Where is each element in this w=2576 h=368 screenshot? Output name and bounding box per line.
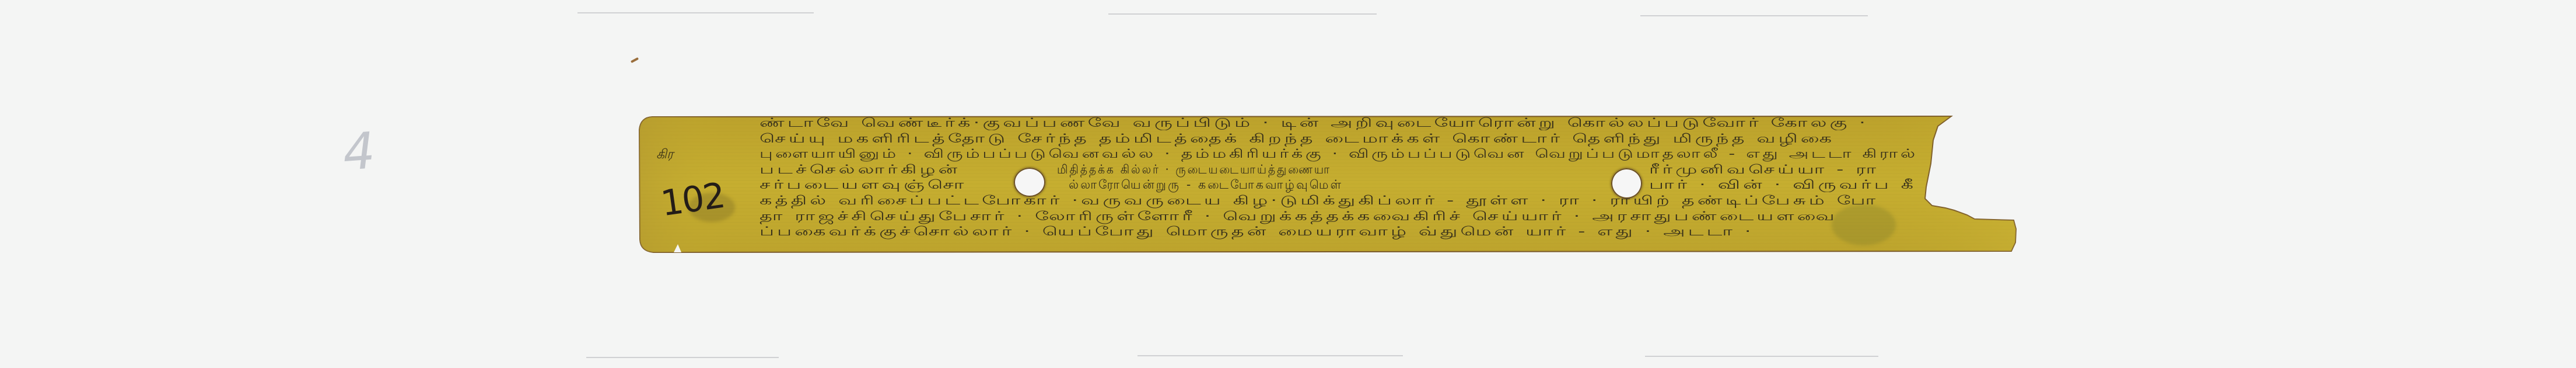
text-line-6: கத்தில் வரிசைப்பட்டபோகார் ·வருவருடைய கிழ…: [759, 193, 1926, 209]
folio-tamil-label: கிர: [656, 147, 673, 164]
text-line-2: செய்யு மகளிரிடத்தோடு சேர்ந்த தம்மிடத்தைக…: [759, 131, 1926, 147]
text-segment: மிதித்தக்க கில்லர் · ருடையடையாய்த்துணையா: [1057, 162, 1331, 178]
text-segment: ரீர்முனிவசெய்யா - ரா: [1649, 162, 1879, 178]
text-line-7: தா ராஜச்சிசெய்துபேசார் · லோரிருள்ளோரீ · …: [759, 209, 1926, 224]
text-segment: படச்செல்லார்கிழன்: [759, 162, 960, 178]
text-segment: தா ராஜச்சிசெய்துபேசார் · லோரிருள்ளோரீ · …: [759, 209, 1838, 224]
text-line-1: ண்டாவே வெண்டீர்க்·குவப்பணவே வருப்பிடும் …: [759, 115, 1926, 131]
text-segment: கத்தில் வரிசைப்பட்டபோகார் ·வருவருடைய கிழ…: [759, 193, 1878, 209]
text-segment: ல்லாரோயென்றுரு - கடைபோகவாழ்வுமெள்: [1069, 177, 1343, 193]
text-line-8: ப்பகைவர்க்குச்சொல்லார் · யெப்போது மொருதன…: [759, 224, 1926, 239]
text-segment: சர்படையளவுஞ்சொ: [759, 177, 967, 193]
text-segment: ப்பகைவர்க்குச்சொல்லார் · யெப்போது மொருதன…: [759, 224, 1754, 239]
text-line-5: சர்படையளவுஞ்சொ ல்லாரோயென்றுரு - கடைபோகவா…: [759, 177, 1926, 193]
text-segment: ண்டாவே வெண்டீர்க்·குவப்பணவே வருப்பிடும் …: [759, 115, 1868, 131]
folio-number: 102: [659, 175, 727, 224]
text-line-4: படச்செல்லார்கிழன் மிதித்தக்க கில்லர் · ர…: [759, 162, 1926, 178]
text-segment: செய்யு மகளிரிடத்தோடு சேர்ந்த தம்மிடத்தைக…: [759, 131, 1835, 147]
text-segment: புளையாயினும் · விரும்பப்படுவெனவல்ல · தம்…: [759, 146, 1918, 162]
text-segment: பார் · வின் · விருவர்ப கீ: [1649, 177, 1916, 193]
manuscript-text: ண்டாவே வெண்டீர்க்·குவப்பணவே வருப்பிடும் …: [759, 115, 1926, 239]
text-line-3: புளையாயினும் · விரும்பப்படுவெனவல்ல · தம்…: [759, 146, 1926, 162]
